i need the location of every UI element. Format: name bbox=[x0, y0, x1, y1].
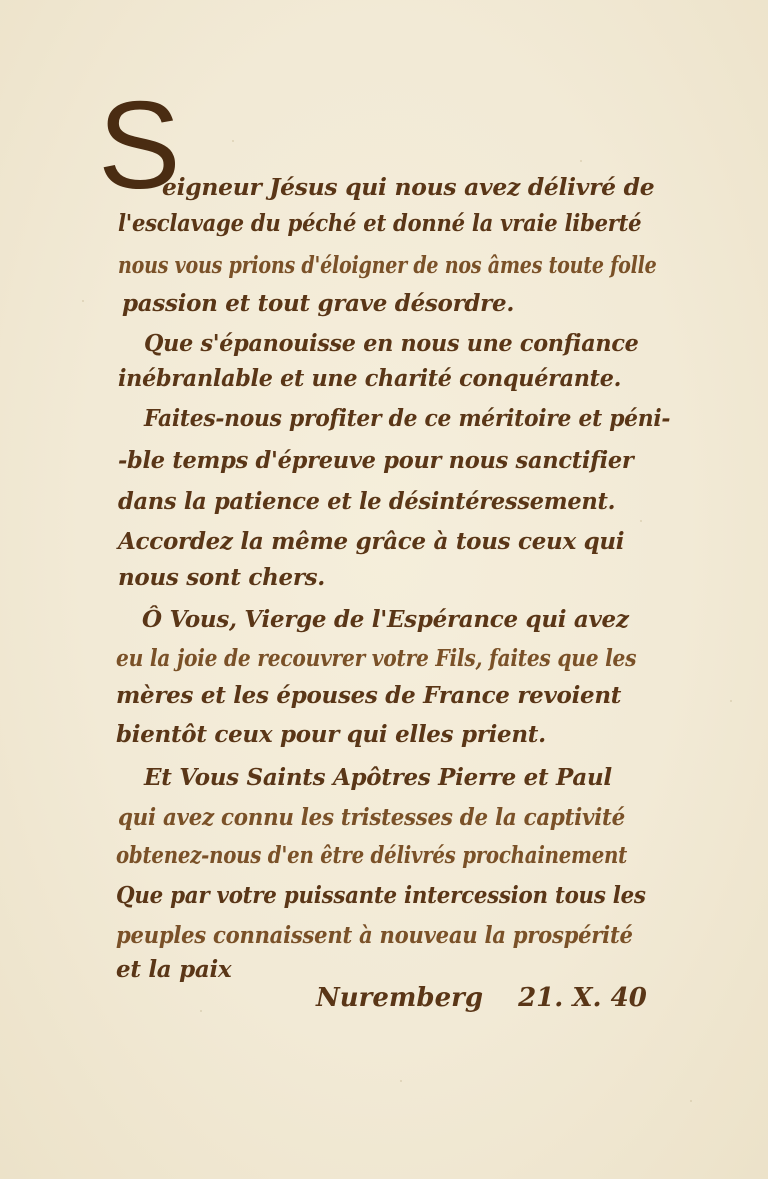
signature-place: Nuremberg bbox=[316, 983, 483, 1013]
text-line-18: obtenez-nous d'en être délivrés prochain… bbox=[116, 842, 627, 870]
paper-speck bbox=[232, 140, 234, 142]
text-line-19: Que par votre puissante intercession tou… bbox=[116, 882, 646, 910]
text-line-17: qui avez connu les tristesses de la capt… bbox=[118, 804, 625, 832]
text-line-8: -ble temps d'épreuve pour nous sanctifie… bbox=[118, 447, 633, 475]
text-line-4: passion et tout grave désordre. bbox=[122, 290, 514, 318]
text-line-14: mères et les épouses de France revoient bbox=[116, 682, 621, 710]
text-line-21: et la paix bbox=[116, 956, 231, 984]
text-line-2: l'esclavage du péché et donné la vraie l… bbox=[118, 210, 641, 238]
paper-speck bbox=[580, 160, 582, 162]
text-line-3: nous vous prions d'éloigner de nos âmes … bbox=[118, 252, 656, 280]
text-line-16: Et Vous Saints Apôtres Pierre et Paul bbox=[144, 764, 612, 792]
text-line-7: Faites-nous profiter de ce méritoire et … bbox=[144, 405, 670, 433]
signature-line: Nuremberg 21. X. 40 bbox=[316, 982, 647, 1014]
paper-speck bbox=[200, 1010, 202, 1012]
paper-speck bbox=[82, 300, 84, 302]
text-line-12: Ô Vous, Vierge de l'Espérance qui avez bbox=[142, 606, 629, 634]
text-line-9: dans la patience et le désintéressement. bbox=[118, 488, 615, 516]
text-line-6: inébranlable et une charité conquérante. bbox=[118, 365, 621, 393]
text-line-10: Accordez la même grâce à tous ceux qui bbox=[118, 528, 624, 556]
text-line-1: eigneur Jésus qui nous avez délivré de bbox=[162, 174, 654, 202]
text-line-15: bientôt ceux pour qui elles prient. bbox=[116, 721, 546, 749]
text-line-5: Que s'épanouisse en nous une confiance bbox=[144, 330, 639, 358]
signature-date: 21. X. 40 bbox=[518, 983, 647, 1013]
text-line-20: peuples connaissent à nouveau la prospér… bbox=[116, 922, 633, 950]
text-line-13: eu la joie de recouvrer votre Fils, fait… bbox=[116, 645, 636, 673]
paper-speck bbox=[690, 1100, 692, 1102]
paper-speck bbox=[730, 700, 732, 702]
text-line-11: nous sont chers. bbox=[118, 564, 325, 592]
paper-speck bbox=[640, 520, 642, 522]
paper-speck bbox=[400, 1080, 402, 1082]
